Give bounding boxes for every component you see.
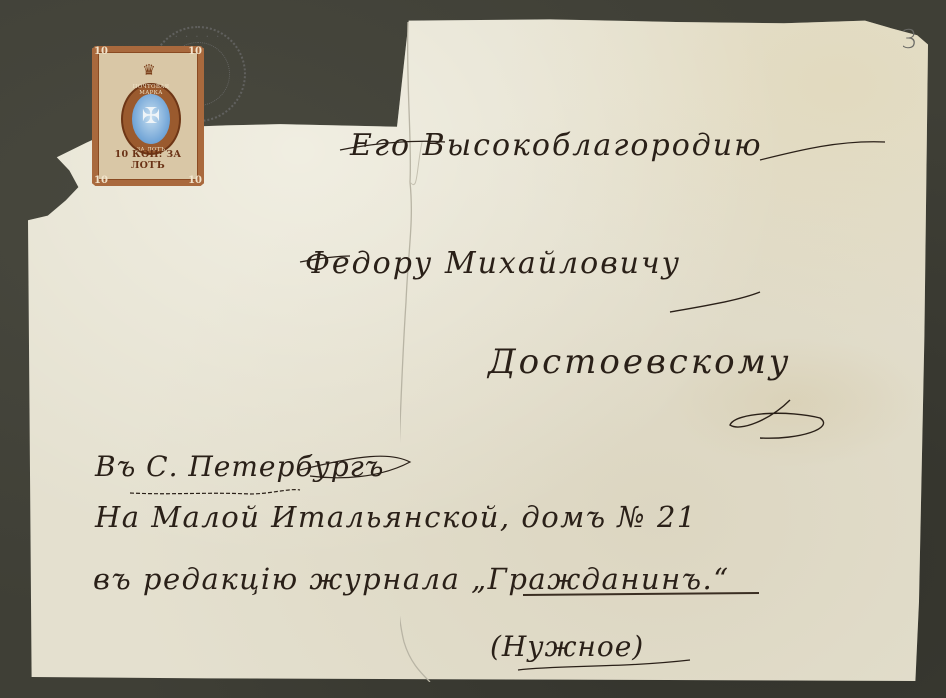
address-note: (Нужное) xyxy=(490,630,644,663)
address-name-patronymic: Федору Михайловичу xyxy=(305,246,681,281)
archive-number: 3 xyxy=(901,25,918,55)
stamp-corner-tl: 10 xyxy=(94,46,108,57)
double-headed-eagle-icon: ✠ xyxy=(132,102,170,132)
address-city: Въ С. Петербургъ xyxy=(95,450,384,483)
postage-stamp: ♛ ПОЧТОВАЯ МАРКА ✠ ЗА ЛОТЪ 10 КОП: ЗА ЛО… xyxy=(92,46,204,186)
address-honorific: Его Высокоблагородию xyxy=(350,128,763,163)
address-care-of: въ редакцію журнала „Гражданинъ.“ xyxy=(93,562,730,596)
stamp-corner-tr: 10 xyxy=(188,46,202,57)
crown-icon: ♛ xyxy=(137,61,161,77)
address-street: На Малой Итальянской, домъ № 21 xyxy=(95,500,697,534)
stamp-corner-br: 10 xyxy=(188,175,202,186)
stamp-caption: 10 КОП: ЗА ЛОТЪ xyxy=(103,149,193,171)
address-surname: Достоевскому xyxy=(488,342,792,382)
stamp-blue-oval: ✠ xyxy=(132,94,170,144)
stamp-oval-frame: ПОЧТОВАЯ МАРКА ✠ ЗА ЛОТЪ xyxy=(121,83,181,155)
stamp-corner-bl: 10 xyxy=(94,175,108,186)
stamp-field: ♛ ПОЧТОВАЯ МАРКА ✠ ЗА ЛОТЪ 10 КОП: ЗА ЛО… xyxy=(98,52,198,180)
postmark-text: · · · · · xyxy=(152,32,244,43)
